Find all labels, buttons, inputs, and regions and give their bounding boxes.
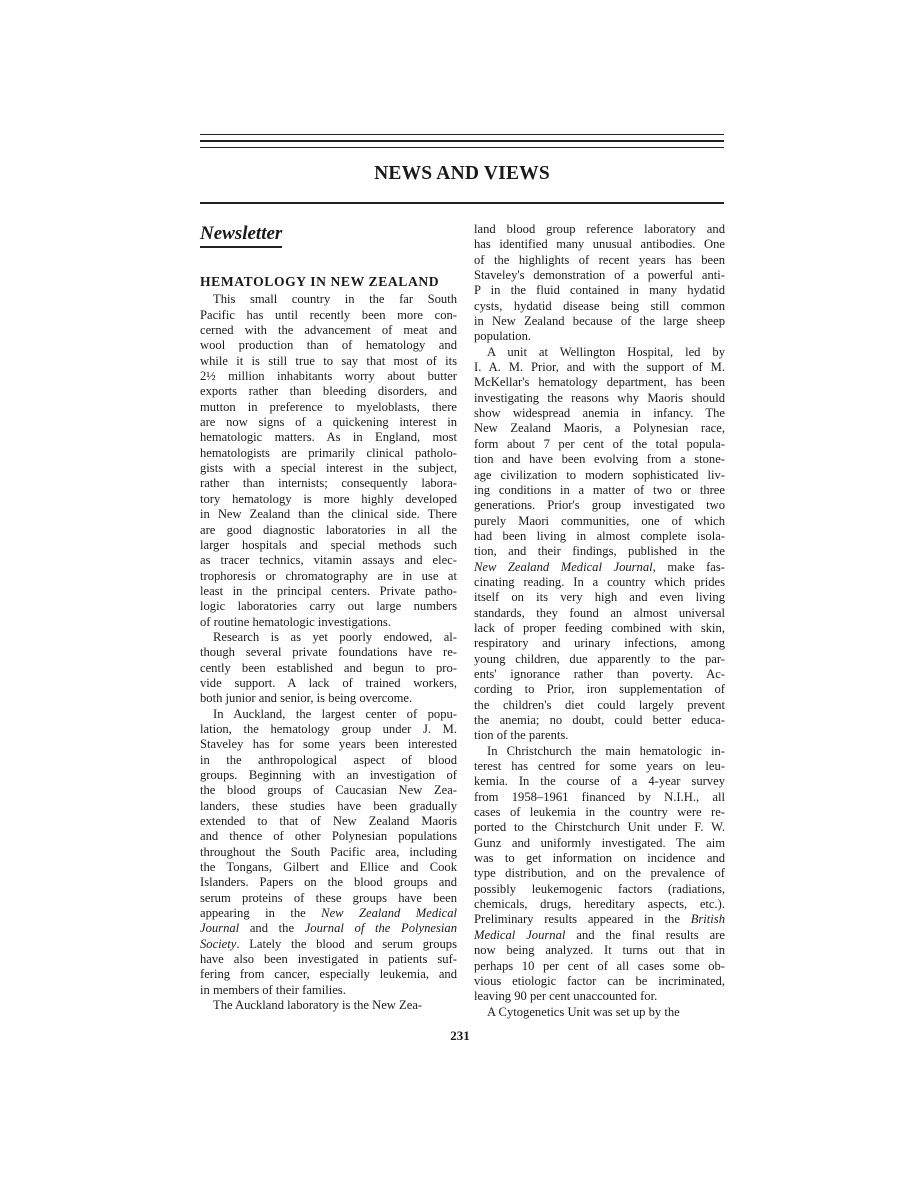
text-line: in members of their families.	[200, 983, 457, 998]
text-line: in the anthropological aspect of blood	[200, 753, 457, 768]
text-line: ents' ignorance rather than poverty. Ac-	[474, 667, 725, 682]
text-line: cinating reading. In a country which pri…	[474, 575, 725, 590]
text-line: of the highlights of recent years has be…	[474, 253, 725, 268]
text-line: hematologists are primarily clinical pat…	[200, 446, 457, 461]
text-line: the Tongans, Gilbert and Ellice and Cook	[200, 860, 457, 875]
text-line: tion of the parents.	[474, 728, 725, 743]
text-line: gists with a special interest in the sub…	[200, 461, 457, 476]
text-line: larger hospitals and special methods suc…	[200, 538, 457, 553]
text-line: Pacific has until recently been more con…	[200, 308, 457, 323]
text-line: population.	[474, 329, 725, 344]
text-line: appearing in the New Zealand Medical	[200, 906, 457, 921]
text-line: age civilization to modern sophisticated…	[474, 468, 725, 483]
text-line: tory hematology is more highly developed	[200, 492, 457, 507]
text-line: 2½ million inhabitants worry about butte…	[200, 369, 457, 384]
text-line: In Christchurch the main hematologic in-	[474, 744, 725, 759]
text-line: The Auckland laboratory is the New Zea-	[200, 998, 457, 1013]
text-line: serum proteins of these groups have been	[200, 891, 457, 906]
paragraph: This small country in the far SouthPacif…	[200, 292, 457, 630]
text-line: have also been investigated in patients …	[200, 952, 457, 967]
text-line: least in the principal centers. Private …	[200, 584, 457, 599]
text-line: show widespread anemia in infancy. The	[474, 406, 725, 421]
text-line: cording to Prior, iron supplementation o…	[474, 682, 725, 697]
text-line: perhaps 10 per cent of all cases some ob…	[474, 959, 725, 974]
paragraph: In Christchurch the main hematologic in-…	[474, 744, 725, 1005]
text-line: in New Zealand because of the large shee…	[474, 314, 725, 329]
text-line: Society. Lately the blood and serum grou…	[200, 937, 457, 952]
text-line: vious etiologic factor can be incriminat…	[474, 974, 725, 989]
text-line: investigating the reasons why Maoris sho…	[474, 391, 725, 406]
text-line: In Auckland, the largest center of popu-	[200, 707, 457, 722]
text-line: Staveley's demonstration of a powerful a…	[474, 268, 725, 283]
text-line: landers, these studies have been gradual…	[200, 799, 457, 814]
text-line: was to get information on incidence and	[474, 851, 725, 866]
text-line: A Cytogenetics Unit was set up by the	[474, 1005, 725, 1020]
text-line: both junior and senior, is being overcom…	[200, 691, 457, 706]
text-line: tion and have been evolving from a stone…	[474, 452, 725, 467]
text-line: mutton in preference to myeloblasts, the…	[200, 400, 457, 415]
text-line: New Zealand Medical Journal, make fas-	[474, 560, 725, 575]
text-line: the children's diet could largely preven…	[474, 698, 725, 713]
text-line: throughout the South Pacific area, inclu…	[200, 845, 457, 860]
text-line: possibly leukemogenic factors (radiation…	[474, 882, 725, 897]
left-column-body: This small country in the far SouthPacif…	[200, 292, 457, 1013]
text-line: and thence of other Polynesian populatio…	[200, 829, 457, 844]
text-line: fering from cancer, especially leukemia,…	[200, 967, 457, 982]
text-line: while it is still true to say that most …	[200, 354, 457, 369]
text-line: cysts, hydatid disease being still commo…	[474, 299, 725, 314]
text-line: wool production than of hematology and	[200, 338, 457, 353]
right-column-body: land blood group reference laboratory an…	[474, 222, 725, 1020]
text-line: extended to that of New Zealand Maoris	[200, 814, 457, 829]
text-line: type distribution, and on the prevalence…	[474, 866, 725, 881]
text-line: terest has centred for some years on leu…	[474, 759, 725, 774]
text-line: Preliminary results appeared in the Brit…	[474, 912, 725, 927]
text-line: trophoresis or chromatography are in use…	[200, 569, 457, 584]
top-rule-3	[200, 147, 724, 148]
text-line: chemicals, drugs, hereditary aspects, et…	[474, 897, 725, 912]
text-line: cases of leukemia in the country were re…	[474, 805, 725, 820]
text-line: the anemia; no doubt, could better educa…	[474, 713, 725, 728]
text-line: McKellar's hematology department, has be…	[474, 375, 725, 390]
text-line: young children, due apparently to the pa…	[474, 652, 725, 667]
text-line: are now signs of a quickening interest i…	[200, 415, 457, 430]
text-line: A unit at Wellington Hospital, led by	[474, 345, 725, 360]
text-line: respiratory and urinary infections, amon…	[474, 636, 725, 651]
text-line: kemia. In the course of a 4-year survey	[474, 774, 725, 789]
text-line: This small country in the far South	[200, 292, 457, 307]
text-line: form about 7 per cent of the total popul…	[474, 437, 725, 452]
text-line: exports rather than bleeding disorders, …	[200, 384, 457, 399]
top-rule-2	[200, 140, 724, 142]
paragraph: A unit at Wellington Hospital, led byI. …	[474, 345, 725, 744]
text-line: cerned with the advancement of meat and	[200, 323, 457, 338]
section-heading: Newsletter	[200, 223, 282, 248]
text-line: Staveley has for some years been interes…	[200, 737, 457, 752]
text-line: though several private foundations have …	[200, 645, 457, 660]
text-line: Gunz and uniformly investigated. The aim	[474, 836, 725, 851]
paragraph: A Cytogenetics Unit was set up by the	[474, 1005, 725, 1020]
text-line: vide support. A lack of trained workers,	[200, 676, 457, 691]
article-title: HEMATOLOGY IN NEW ZEALAND	[200, 274, 457, 289]
title-rule	[200, 202, 724, 204]
text-line: logic laboratories carry out large numbe…	[200, 599, 457, 614]
text-line: lation, the hematology group under J. M.	[200, 722, 457, 737]
text-line: Islanders. Papers on the blood groups an…	[200, 875, 457, 890]
text-line: the blood groups of Caucasian New Zea-	[200, 783, 457, 798]
text-line: had been living in almost complete isola…	[474, 529, 725, 544]
text-line: cently been established and begun to pro…	[200, 661, 457, 676]
text-line: of routine hematologic investigations.	[200, 615, 457, 630]
text-line: hematologic matters. As in England, most	[200, 430, 457, 445]
text-line: ported to the Chirstchurch Unit under F.…	[474, 820, 725, 835]
text-line: itself on its very high and even living	[474, 590, 725, 605]
text-line: now being analyzed. It turns out that in	[474, 943, 725, 958]
text-line: I. A. M. Prior, and with the support of …	[474, 360, 725, 375]
paragraph: Research is as yet poorly endowed, al-th…	[200, 630, 457, 707]
text-line: purely Maori communities, one of which	[474, 514, 725, 529]
page-number: 231	[440, 1028, 480, 1044]
text-line: Journal and the Journal of the Polynesia…	[200, 921, 457, 936]
top-rule-1	[200, 134, 724, 135]
text-line: generations. Prior's group investigated …	[474, 498, 725, 513]
text-line: in New Zealand than the clinical side. T…	[200, 507, 457, 522]
right-column: land blood group reference laboratory an…	[474, 222, 725, 1020]
text-line: from 1958–1961 financed by N.I.H., all	[474, 790, 725, 805]
text-line: Research is as yet poorly endowed, al-	[200, 630, 457, 645]
text-line: standards, they found an almost universa…	[474, 606, 725, 621]
text-line: leaving 90 per cent unaccounted for.	[474, 989, 725, 1004]
text-line: New Zealand Maoris, a Polynesian race,	[474, 421, 725, 436]
text-line: are good diagnostic laboratories in all …	[200, 523, 457, 538]
text-line: as tracer technics, vitamin assays and e…	[200, 553, 457, 568]
text-line: tion, and their findings, published in t…	[474, 544, 725, 559]
paragraph: The Auckland laboratory is the New Zea-	[200, 998, 457, 1013]
text-line: groups. Beginning with an investigation …	[200, 768, 457, 783]
text-line: ing conditions in a matter of two or thr…	[474, 483, 725, 498]
paragraph: land blood group reference laboratory an…	[474, 222, 725, 345]
paragraph: In Auckland, the largest center of popu-…	[200, 707, 457, 999]
text-line: lack of proper feeding combined with ski…	[474, 621, 725, 636]
text-line: P in the fluid contained in many hydatid	[474, 283, 725, 298]
text-line: land blood group reference laboratory an…	[474, 222, 725, 237]
text-line: has identified many unusual antibodies. …	[474, 237, 725, 252]
text-line: rather than internists; consequently lab…	[200, 476, 457, 491]
text-line: Medical Journal and the final results ar…	[474, 928, 725, 943]
left-column: Newsletter HEMATOLOGY IN NEW ZEALAND Thi…	[200, 222, 457, 1014]
page-title: NEWS AND VIEWS	[200, 163, 724, 185]
